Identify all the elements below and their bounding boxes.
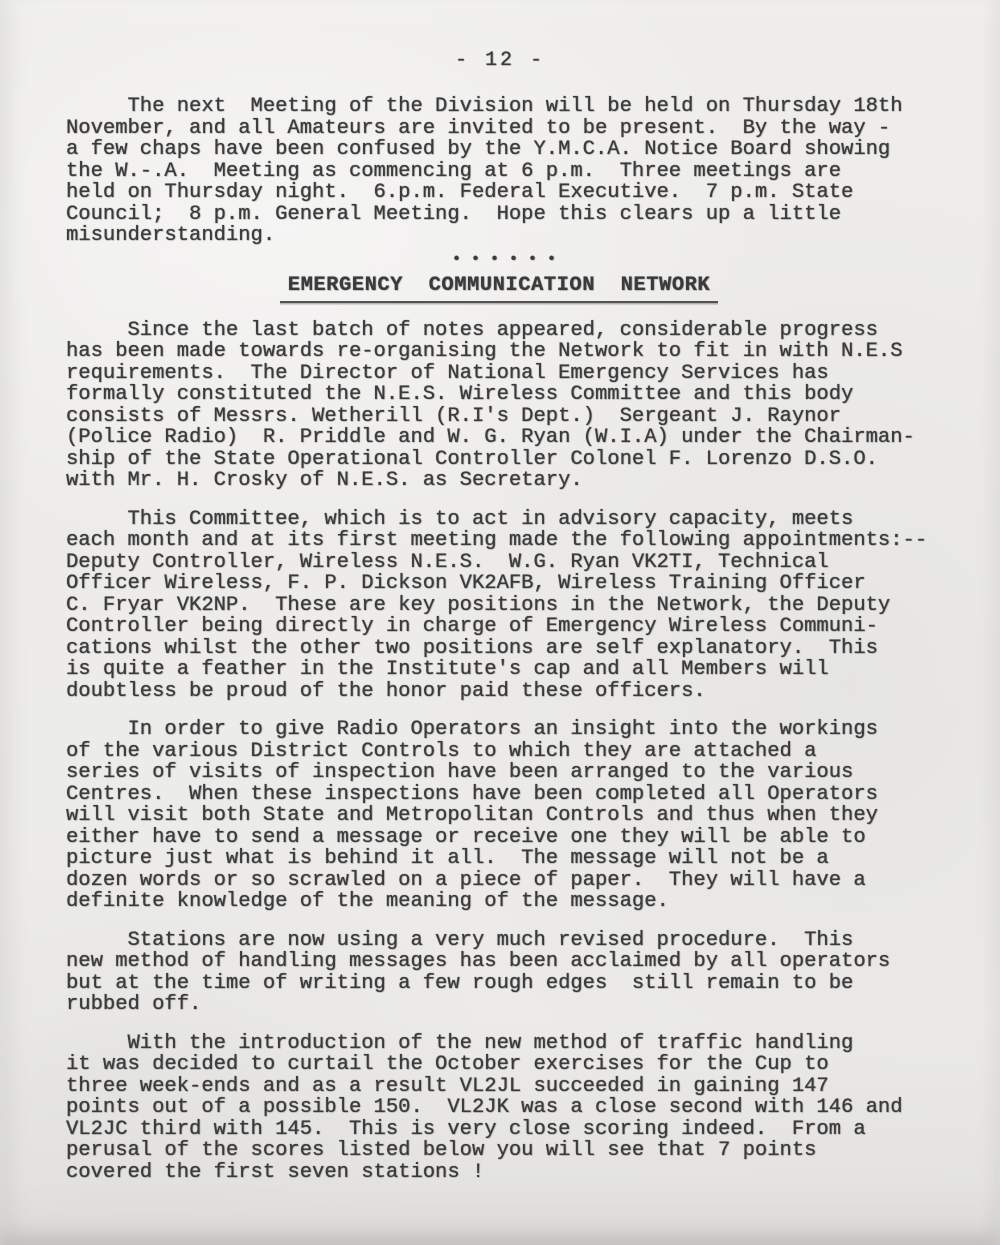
paragraph-network-reorganisation: Since the last batch of notes appeared, … <box>66 320 932 492</box>
divider-dots: •••••• <box>66 249 932 270</box>
section-heading: EMERGENCY COMMUNICATION NETWORK <box>280 274 718 303</box>
paragraph-revised-procedure: Stations are now using a very much revis… <box>66 930 932 1016</box>
paragraph-committee-appointments: This Committee, which is to act in advis… <box>66 509 932 703</box>
document-body: The next Meeting of the Division will be… <box>0 96 932 1183</box>
section-heading-row: EMERGENCY COMMUNICATION NETWORK <box>66 274 932 303</box>
paragraph-october-exercises-scores: With the introduction of the new method … <box>66 1033 932 1184</box>
scanned-document-page: - 12 - The next Meeting of the Division … <box>0 0 1000 1245</box>
paragraph-division-meeting-notice: The next Meeting of the Division will be… <box>66 96 932 247</box>
page-number: - 12 - <box>0 50 1000 72</box>
paragraph-inspection-visits: In order to give Radio Operators an insi… <box>66 719 932 913</box>
